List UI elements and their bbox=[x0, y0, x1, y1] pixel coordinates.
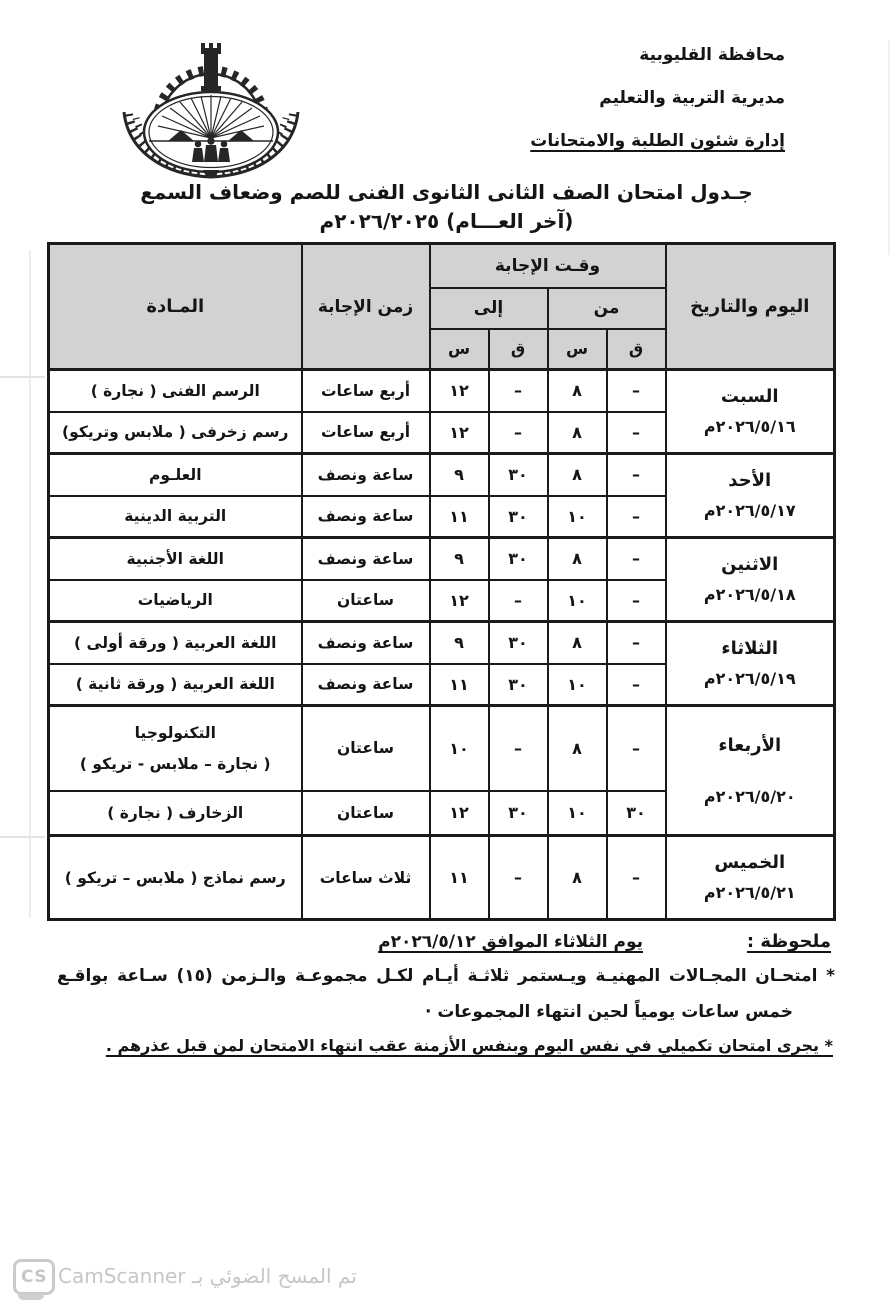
cell-to-hours: ١١ bbox=[430, 496, 489, 538]
cell-to-hours: ١٢ bbox=[430, 412, 489, 454]
table-row: السبت ٢٠٢٦/٥/١٦م – ٨ – ١٢ أربع ساعات الر… bbox=[49, 370, 835, 412]
cell-from-hours: ٨ bbox=[548, 412, 607, 454]
note-makeup-exam: * يجرى امتحان تكميلي في نفس اليوم وبنفس … bbox=[106, 1036, 833, 1055]
cell-from-minutes: – bbox=[607, 370, 666, 412]
cell-to-hours: ٩ bbox=[430, 622, 489, 664]
cell-subject: الرسم الفنى ( نجارة ) bbox=[49, 370, 302, 412]
cell-from-minutes: – bbox=[607, 496, 666, 538]
day-name: السبت bbox=[670, 385, 831, 409]
day-date: ٢٠٢٦/٥/١٨م bbox=[670, 584, 831, 606]
cell-subject: اللغة العربية ( ورقة أولى ) bbox=[49, 622, 302, 664]
table-row: الاثنين ٢٠٢٦/٥/١٨م – ٨ ٣٠ ٩ ساعة ونصف ال… bbox=[49, 538, 835, 580]
cell-from-minutes: – bbox=[607, 664, 666, 706]
scan-artifact-line bbox=[29, 250, 31, 918]
cell-from-minutes: – bbox=[607, 836, 666, 920]
day-cell: الأحد ٢٠٢٦/٥/١٧م bbox=[666, 454, 835, 538]
day-cell: الخميس ٢٠٢٦/٥/٢١م bbox=[666, 836, 835, 920]
cell-duration: ساعة ونصف bbox=[302, 622, 430, 664]
cell-to-hours: ١٢ bbox=[430, 791, 489, 836]
cell-from-hours: ٨ bbox=[548, 706, 607, 791]
cell-from-minutes: – bbox=[607, 706, 666, 791]
cell-to-minutes: – bbox=[489, 412, 548, 454]
cell-from-hours: ١٠ bbox=[548, 580, 607, 622]
cell-duration: أربع ساعات bbox=[302, 370, 430, 412]
cell-from-minutes: – bbox=[607, 538, 666, 580]
exam-schedule-table: اليوم والتاريخ وقـت الإجابة زمن الإجابة … bbox=[47, 242, 836, 921]
header-to-minutes: ق bbox=[489, 329, 548, 370]
day-cell: الاثنين ٢٠٢٦/٥/١٨م bbox=[666, 538, 835, 622]
cell-duration: ساعتان bbox=[302, 706, 430, 791]
cell-from-hours: ٨ bbox=[548, 454, 607, 496]
cell-subject: العلـوم bbox=[49, 454, 302, 496]
header-subject: المـادة bbox=[49, 244, 302, 370]
cell-from-minutes: – bbox=[607, 454, 666, 496]
cell-from-hours: ٨ bbox=[548, 538, 607, 580]
cell-to-minutes: – bbox=[489, 836, 548, 920]
cell-duration: ساعة ونصف bbox=[302, 664, 430, 706]
cell-subject: رسم نماذج ( ملابس – تريكو ) bbox=[49, 836, 302, 920]
cell-duration: ثلاث ساعات bbox=[302, 836, 430, 920]
day-date: ٢٠٢٦/٥/١٧م bbox=[670, 500, 831, 522]
day-date: ٢٠٢٦/٥/٢٠م bbox=[670, 786, 831, 808]
cell-from-hours: ٨ bbox=[548, 370, 607, 412]
document-title: جـدول امتحان الصف الثانى الثانوى الفنى ل… bbox=[0, 180, 893, 233]
cell-from-hours: ١٠ bbox=[548, 664, 607, 706]
camscanner-cs-icon: CS bbox=[13, 1259, 55, 1295]
cell-to-hours: ١٠ bbox=[430, 706, 489, 791]
note-vocational-exam-line2: خمس ساعات يومياً لحين انتهاء المجموعات · bbox=[425, 1002, 793, 1022]
cell-from-minutes: ٣٠ bbox=[607, 791, 666, 836]
cell-duration: ساعتان bbox=[302, 791, 430, 836]
header-duration: زمن الإجابة bbox=[302, 244, 430, 370]
cell-from-hours: ١٠ bbox=[548, 496, 607, 538]
day-cell: السبت ٢٠٢٦/٥/١٦م bbox=[666, 370, 835, 454]
table-row: الأحد ٢٠٢٦/٥/١٧م – ٨ ٣٠ ٩ ساعة ونصف العل… bbox=[49, 454, 835, 496]
cell-from-hours: ٨ bbox=[548, 836, 607, 920]
header-from: من bbox=[548, 288, 666, 329]
cell-to-hours: ٩ bbox=[430, 538, 489, 580]
cell-from-hours: ٨ bbox=[548, 622, 607, 664]
cell-subject: الرياضيات bbox=[49, 580, 302, 622]
day-name: الأربعاء bbox=[670, 734, 831, 758]
cell-from-hours: ١٠ bbox=[548, 791, 607, 836]
cell-duration: ساعة ونصف bbox=[302, 496, 430, 538]
cell-to-minutes: – bbox=[489, 706, 548, 791]
cell-to-minutes: – bbox=[489, 580, 548, 622]
header-to: إلى bbox=[430, 288, 548, 329]
header-from-hours: س bbox=[548, 329, 607, 370]
cell-to-hours: ١١ bbox=[430, 836, 489, 920]
title-line-1: جـدول امتحان الصف الثانى الثانوى الفنى ل… bbox=[0, 180, 893, 204]
note-label: ملحوظة : bbox=[747, 931, 831, 952]
cell-to-minutes: ٣٠ bbox=[489, 496, 548, 538]
cell-to-minutes: ٣٠ bbox=[489, 538, 548, 580]
day-date: ٢٠٢٦/٥/١٦م bbox=[670, 416, 831, 438]
day-name: الخميس bbox=[670, 851, 831, 875]
day-name: الثلاثاء bbox=[670, 637, 831, 661]
scan-artifact-line bbox=[0, 376, 45, 378]
administration-name: إدارة شئون الطلبة والامتحانات bbox=[530, 130, 785, 152]
header-day-date: اليوم والتاريخ bbox=[666, 244, 835, 370]
cell-subject: التكنولوجيا ( نجارة – ملابس - تريكو ) bbox=[49, 706, 302, 791]
header-answer-time: وقـت الإجابة bbox=[430, 244, 666, 288]
day-date: ٢٠٢٦/٥/٢١م bbox=[670, 882, 831, 904]
cell-subject: رسم زخرفى ( ملابس وتريكو) bbox=[49, 412, 302, 454]
header-from-minutes: ق bbox=[607, 329, 666, 370]
cell-to-minutes: ٣٠ bbox=[489, 791, 548, 836]
cell-subject: الزخارف ( نجارة ) bbox=[49, 791, 302, 836]
cell-subject: اللغة العربية ( ورقة ثانية ) bbox=[49, 664, 302, 706]
government-header: محافظة القليوبية مديرية التربية والتعليم… bbox=[530, 44, 785, 173]
cell-to-hours: ١٢ bbox=[430, 580, 489, 622]
cell-duration: ساعة ونصف bbox=[302, 538, 430, 580]
cell-duration: أربع ساعات bbox=[302, 412, 430, 454]
cell-from-minutes: – bbox=[607, 412, 666, 454]
note-vocational-exam-line1: * امتحـان المجـالات المهنيـة ويـستمر ثلا… bbox=[57, 966, 835, 986]
header-to-hours: س bbox=[430, 329, 489, 370]
cell-from-minutes: – bbox=[607, 580, 666, 622]
cell-to-minutes: ٣٠ bbox=[489, 454, 548, 496]
day-date: ٢٠٢٦/٥/١٩م bbox=[670, 668, 831, 690]
cell-to-hours: ١١ bbox=[430, 664, 489, 706]
directorate-name: مديرية التربية والتعليم bbox=[530, 87, 785, 109]
scanned-exam-schedule-page: محافظة القليوبية مديرية التربية والتعليم… bbox=[0, 0, 893, 1302]
day-name: الاثنين bbox=[670, 553, 831, 577]
scan-artifact-line bbox=[0, 836, 45, 838]
day-cell: الأربعاء ٢٠٢٦/٥/٢٠م bbox=[666, 706, 835, 836]
cell-duration: ساعة ونصف bbox=[302, 454, 430, 496]
governorate-name: محافظة القليوبية bbox=[530, 44, 785, 66]
cell-to-minutes: ٣٠ bbox=[489, 622, 548, 664]
day-name: الأحد bbox=[670, 469, 831, 493]
ministry-of-education-emblem-icon bbox=[100, 42, 322, 180]
note-vocational-exam-date: يوم الثلاثاء الموافق ٢٠٢٦/٥/١٢م bbox=[378, 932, 643, 952]
table-row: الثلاثاء ٢٠٢٦/٥/١٩م – ٨ ٣٠ ٩ ساعة ونصف ا… bbox=[49, 622, 835, 664]
cell-to-minutes: ٣٠ bbox=[489, 664, 548, 706]
cell-duration: ساعتان bbox=[302, 580, 430, 622]
title-line-2: (آخر العـــام) ٢٠٢٦/٢٠٢٥م bbox=[0, 209, 893, 233]
cell-subject: التربية الدينية bbox=[49, 496, 302, 538]
camscanner-watermark-text: تم المسح الضوئي بـ CamScanner bbox=[58, 1264, 357, 1288]
day-cell: الثلاثاء ٢٠٢٦/٥/١٩م bbox=[666, 622, 835, 706]
cell-from-minutes: – bbox=[607, 622, 666, 664]
table-row: الخميس ٢٠٢٦/٥/٢١م – ٨ – ١١ ثلاث ساعات رس… bbox=[49, 836, 835, 920]
camscanner-cs-icon-base bbox=[18, 1294, 44, 1300]
cell-to-hours: ١٢ bbox=[430, 370, 489, 412]
cell-to-minutes: – bbox=[489, 370, 548, 412]
cell-to-hours: ٩ bbox=[430, 454, 489, 496]
cell-subject: اللغة الأجنبية bbox=[49, 538, 302, 580]
table-row: الأربعاء ٢٠٢٦/٥/٢٠م – ٨ – ١٠ ساعتان التك… bbox=[49, 706, 835, 791]
